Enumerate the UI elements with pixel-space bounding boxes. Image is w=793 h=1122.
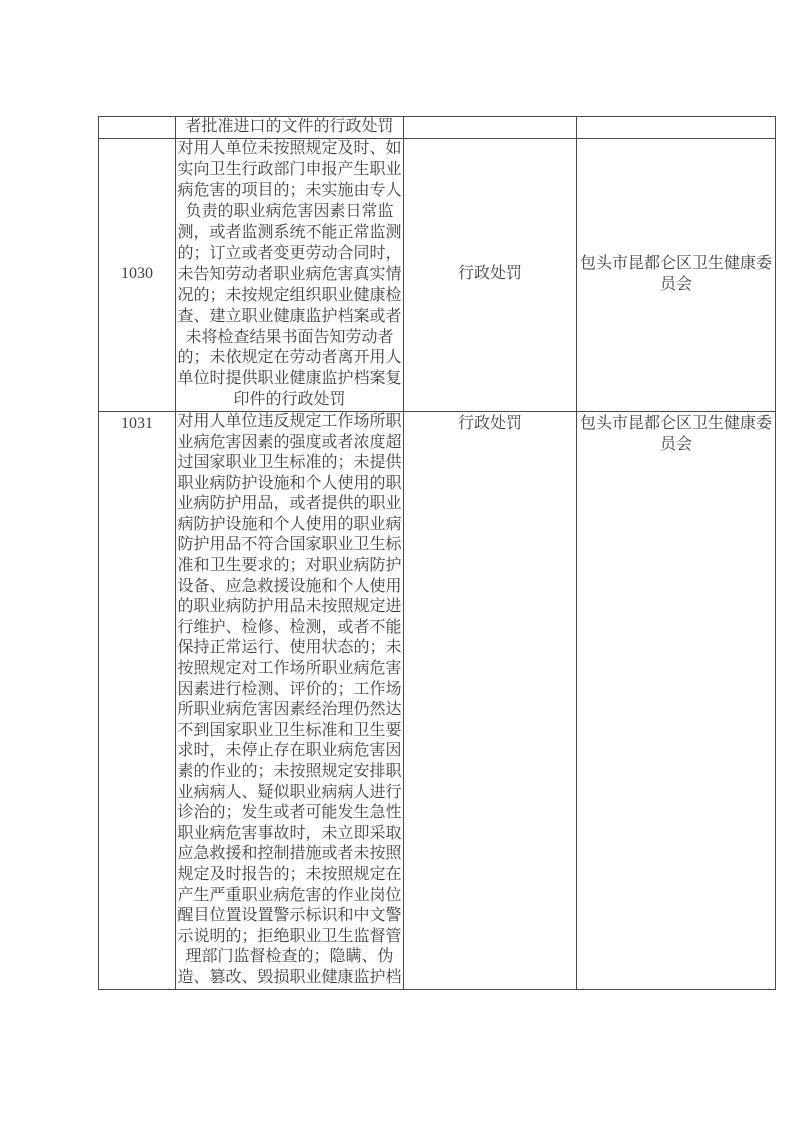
- penalty-type: 行政处罚: [404, 412, 576, 435]
- item-id: 1030: [99, 264, 175, 285]
- authority-cell: 包头市昆都仑区卫生健康委员会: [577, 138, 776, 411]
- item-id-cell: 1031: [99, 411, 176, 989]
- authority: 包头市昆都仑区卫生健康委员会: [577, 254, 775, 296]
- item-description: 者批准进口的文件的行政处罚: [176, 117, 403, 138]
- item-id-cell: [99, 117, 176, 139]
- penalty-items-table: 者批准进口的文件的行政处罚 1030 对用人单位未按照规定及时、如实向卫生行政部…: [98, 116, 776, 990]
- penalty-type-cell: 行政处罚: [404, 138, 577, 411]
- authority: 包头市昆都仑区卫生健康委员会: [577, 412, 775, 456]
- item-description: 对用人单位违反规定工作场所职业病危害因素的强度或者浓度超过国家职业卫生标准的；未…: [176, 412, 403, 988]
- item-description-cell: 对用人单位未按照规定及时、如实向卫生行政部门申报产生职业病危害的项目的；未实施由…: [176, 138, 404, 411]
- item-description-cell: 者批准进口的文件的行政处罚: [176, 117, 404, 139]
- document-page: 者批准进口的文件的行政处罚 1030 对用人单位未按照规定及时、如实向卫生行政部…: [0, 0, 793, 1122]
- table-row: 1030 对用人单位未按照规定及时、如实向卫生行政部门申报产生职业病危害的项目的…: [99, 138, 776, 411]
- authority-cell: 包头市昆都仑区卫生健康委员会: [577, 411, 776, 989]
- penalty-type-cell: [404, 117, 577, 139]
- penalty-type: 行政处罚: [404, 264, 576, 285]
- item-description-cell: 对用人单位违反规定工作场所职业病危害因素的强度或者浓度超过国家职业卫生标准的；未…: [176, 411, 404, 989]
- authority-cell: [577, 117, 776, 139]
- item-id: 1031: [99, 412, 175, 435]
- table-row: 1031 对用人单位违反规定工作场所职业病危害因素的强度或者浓度超过国家职业卫生…: [99, 411, 776, 989]
- table-row: 者批准进口的文件的行政处罚: [99, 117, 776, 139]
- item-id-cell: 1030: [99, 138, 176, 411]
- penalty-type-cell: 行政处罚: [404, 411, 577, 989]
- item-description: 对用人单位未按照规定及时、如实向卫生行政部门申报产生职业病危害的项目的；未实施由…: [176, 139, 403, 410]
